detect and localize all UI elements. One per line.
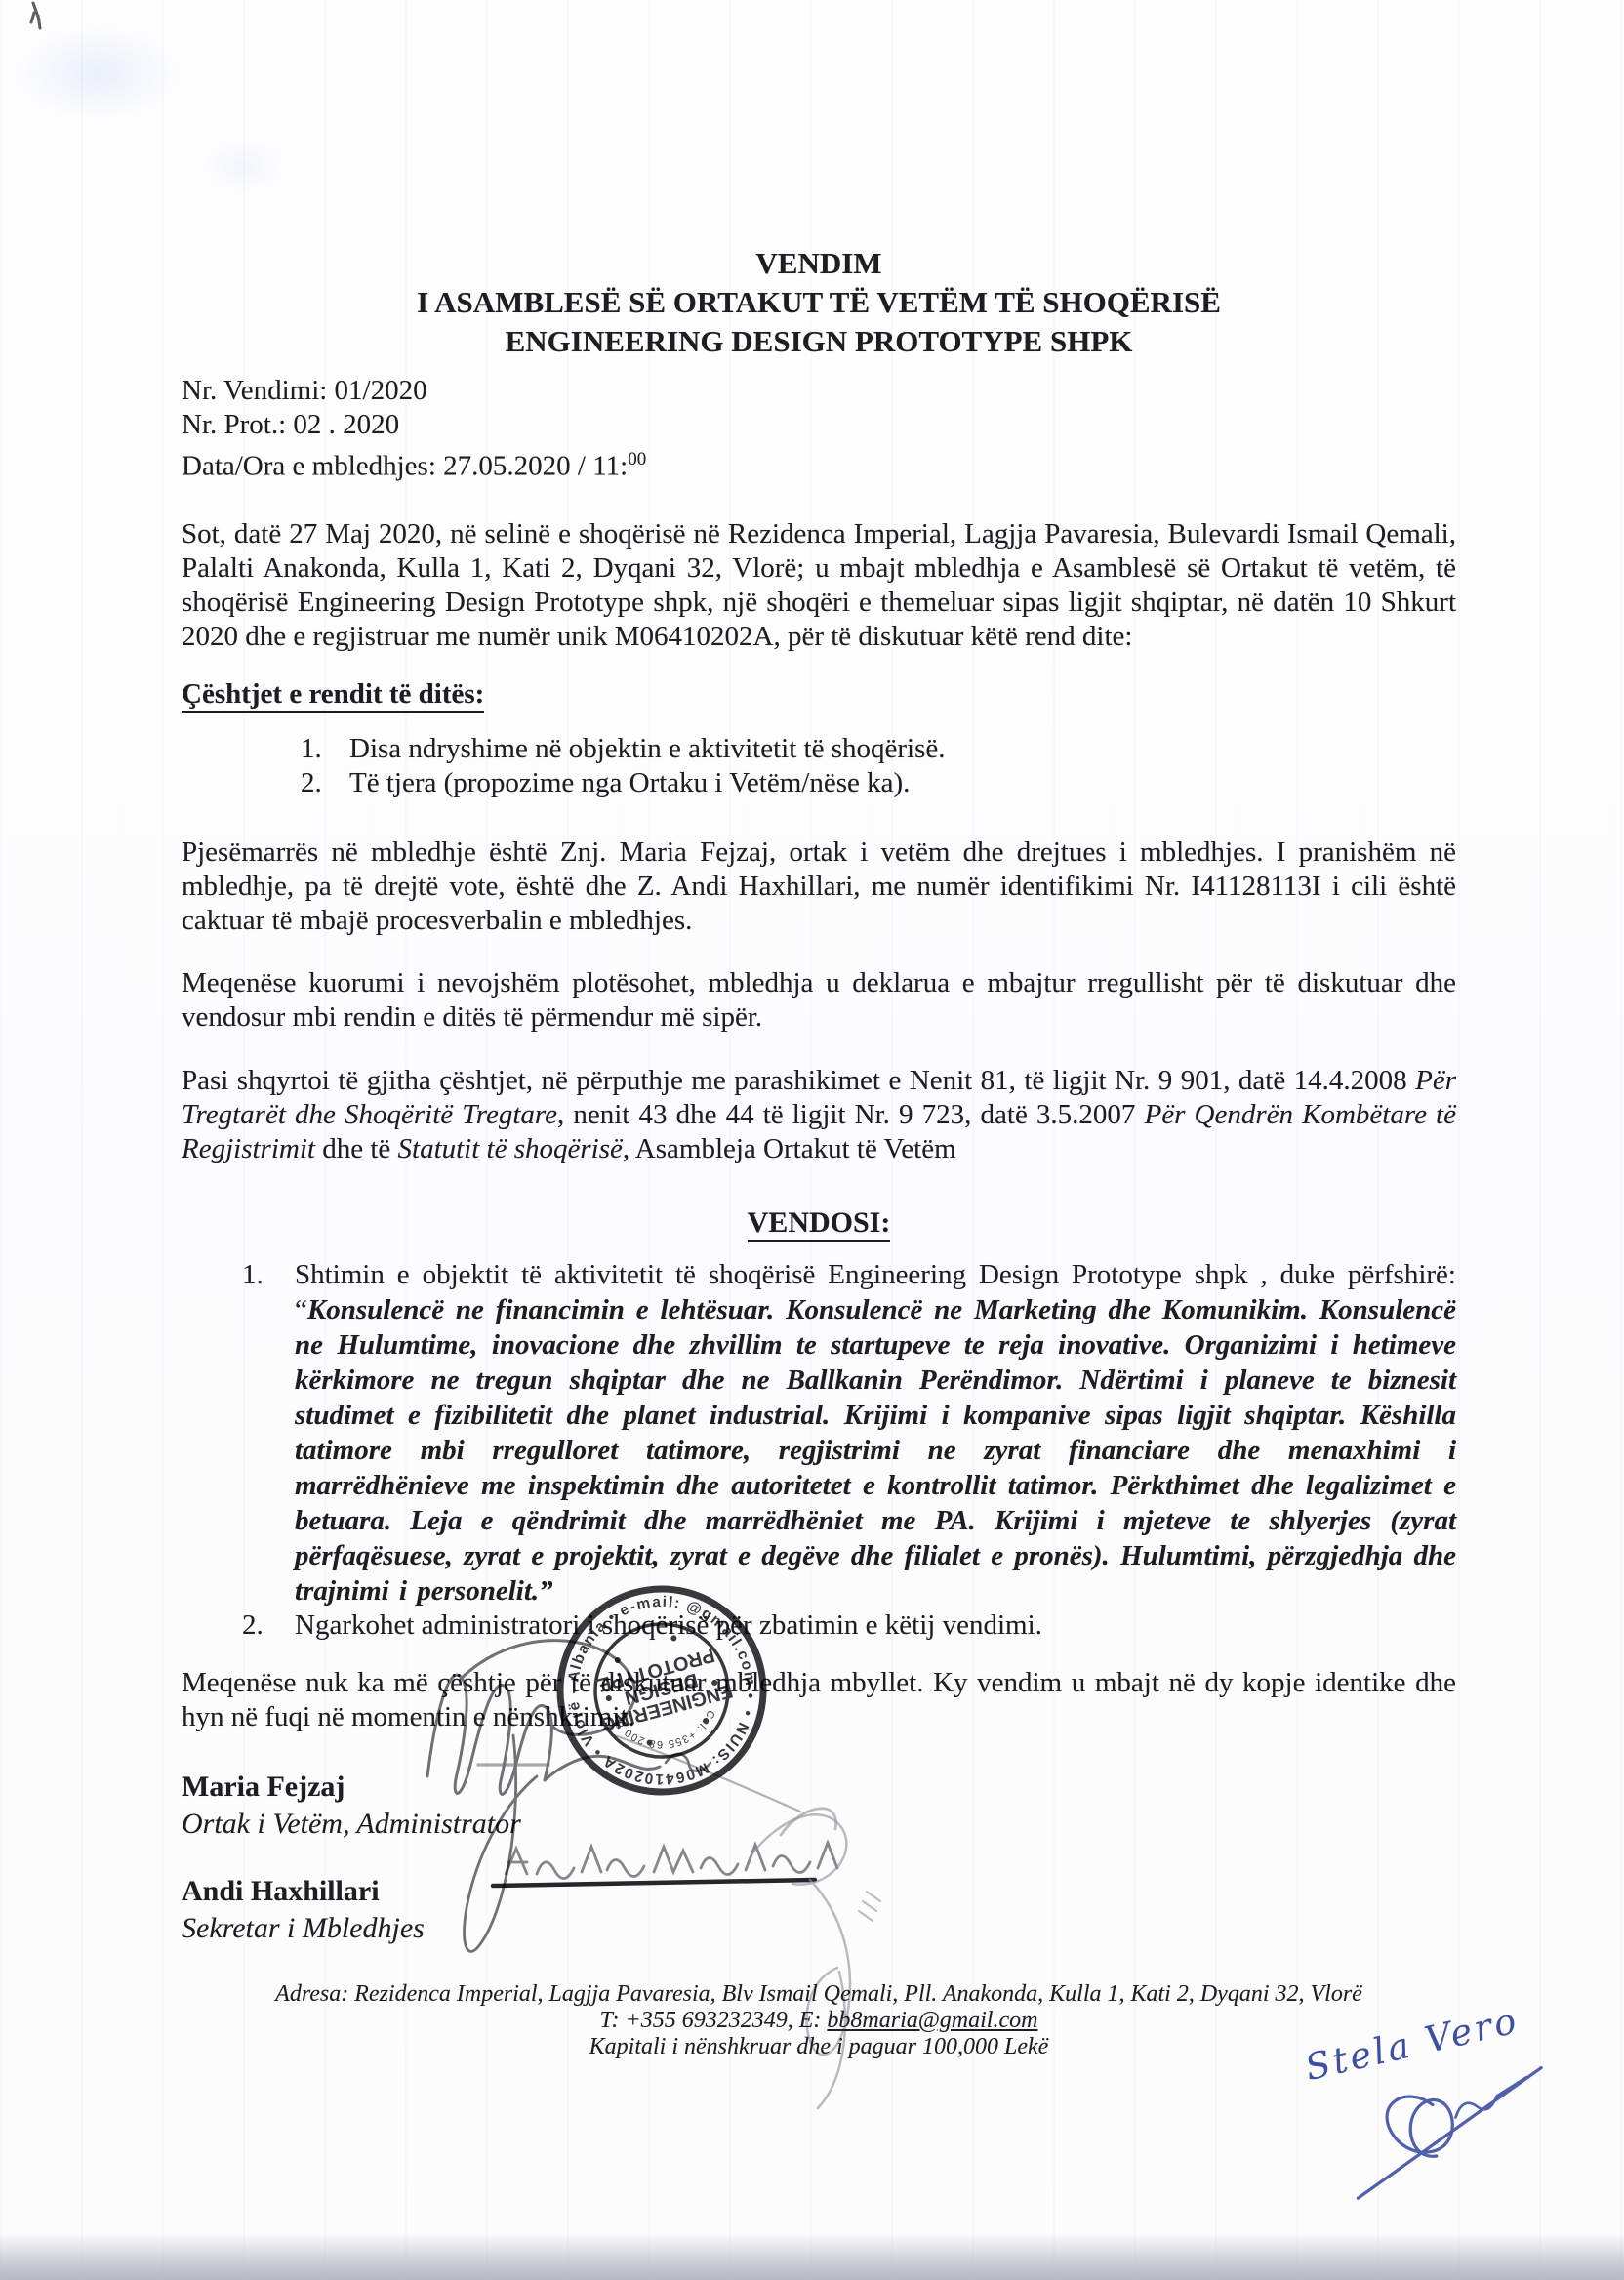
legal-text: , nenit 43 dhe 44 të ligjit Nr. 9 723, d… [557, 1099, 1145, 1130]
agenda-item-number: 2. [301, 766, 322, 800]
protocol-number: Nr. Prot.: 02 . 2020 [182, 408, 1456, 442]
agenda-item-text: Disa ndryshime në objektin e aktivitetit… [349, 733, 945, 764]
meeting-time-superscript: 00 [628, 449, 646, 469]
scan-artifact-mark [12, 0, 70, 49]
decision-item-1: 1. Shtimin e objektit të aktivitetit të … [182, 1257, 1456, 1608]
legal-text: Pasi shqyrtoi të gjitha çështjet, në për… [182, 1065, 1415, 1096]
legal-text: , Asambleja Ortakut të Vetëm [623, 1133, 956, 1164]
footer-email: bb8maria@gmail.com [827, 2008, 1037, 2033]
footer-contact: T: +355 693232349, E: bb8maria@gmail.com [182, 2008, 1456, 2034]
title-line-2: I ASAMBLESË SË ORTAKUT TË VETËM TË SHOQË… [182, 283, 1456, 322]
page-bottom-edge-shadow [0, 2233, 1624, 2280]
document-meta: Nr. Vendimi: 01/2020 Nr. Prot.: 02 . 202… [182, 374, 1456, 484]
decision-number: Nr. Vendimi: 01/2020 [182, 374, 1456, 408]
document-title: VENDIM I ASAMBLESË SË ORTAKUT TË VETËM T… [182, 244, 1456, 361]
intro-paragraph: Sot, datë 27 Maj 2020, në selinë e shoqë… [182, 517, 1456, 654]
andi-signature-ink [459, 1796, 1161, 2128]
document-footer: Adresa: Rezidenca Imperial, Lagjja Pavar… [182, 1981, 1456, 2060]
agenda-list: 1. Disa ndryshime në objektin e aktivite… [182, 732, 1456, 800]
title-line-3: ENGINEERING DESIGN PROTOTYPE SHPK [182, 322, 1456, 361]
footer-contact-text: T: +355 693232349, E: [600, 2008, 828, 2033]
agenda-item-text: Të tjera (propozime nga Ortaku i Vetëm/n… [349, 767, 910, 798]
legal-statute-title: Statutit të shoqërisë [398, 1133, 623, 1164]
agenda-item: 1. Disa ndryshime në objektin e aktivite… [182, 732, 1456, 766]
decision-heading: VENDOSI: [182, 1205, 1456, 1241]
decision-item-number: 2. [242, 1608, 264, 1643]
meeting-datetime-text: Data/Ora e mbledhjes: 27.05.2020 / 11: [182, 451, 628, 482]
agenda-heading-text: Çështjet e rendit të ditës: [182, 678, 484, 713]
scanned-document-page: { "doc": { "title": [ "VENDIM", "I ASAMB… [0, 0, 1624, 2280]
agenda-heading: Çështjet e rendit të ditës: [182, 677, 1456, 712]
footer-address: Adresa: Rezidenca Imperial, Lagjja Pavar… [182, 1981, 1456, 2008]
decision-list: 1. Shtimin e objektit të aktivitetit të … [182, 1257, 1456, 1643]
decision-activity-quote: Konsulencë ne financimin e lehtësuar. Ko… [295, 1294, 1456, 1607]
signature-line [493, 1880, 815, 1886]
agenda-item-number: 1. [301, 732, 322, 766]
scan-paper-background: VENDIM I ASAMBLESË SË ORTAKUT TË VETËM T… [0, 0, 1624, 2280]
legal-text: dhe të [315, 1133, 398, 1164]
title-line-1: VENDIM [182, 244, 1456, 283]
meeting-datetime: Data/Ora e mbledhjes: 27.05.2020 / 11:00 [182, 442, 1456, 484]
participants-paragraph: Pjesëmarrës në mbledhje është Znj. Maria… [182, 835, 1456, 938]
decision-item-number: 1. [242, 1257, 264, 1292]
agenda-item: 2. Të tjera (propozime nga Ortaku i Vetë… [182, 766, 1456, 800]
legal-basis-paragraph: Pasi shqyrtoi të gjitha çështjet, në për… [182, 1064, 1456, 1166]
footer-capital: Kapitali i nënshkruar dhe i paguar 100,0… [182, 2034, 1456, 2060]
quorum-paragraph: Meqenëse kuorumi i nevojshëm plotësohet,… [182, 966, 1456, 1035]
decision-heading-text: VENDOSI: [748, 1206, 891, 1242]
